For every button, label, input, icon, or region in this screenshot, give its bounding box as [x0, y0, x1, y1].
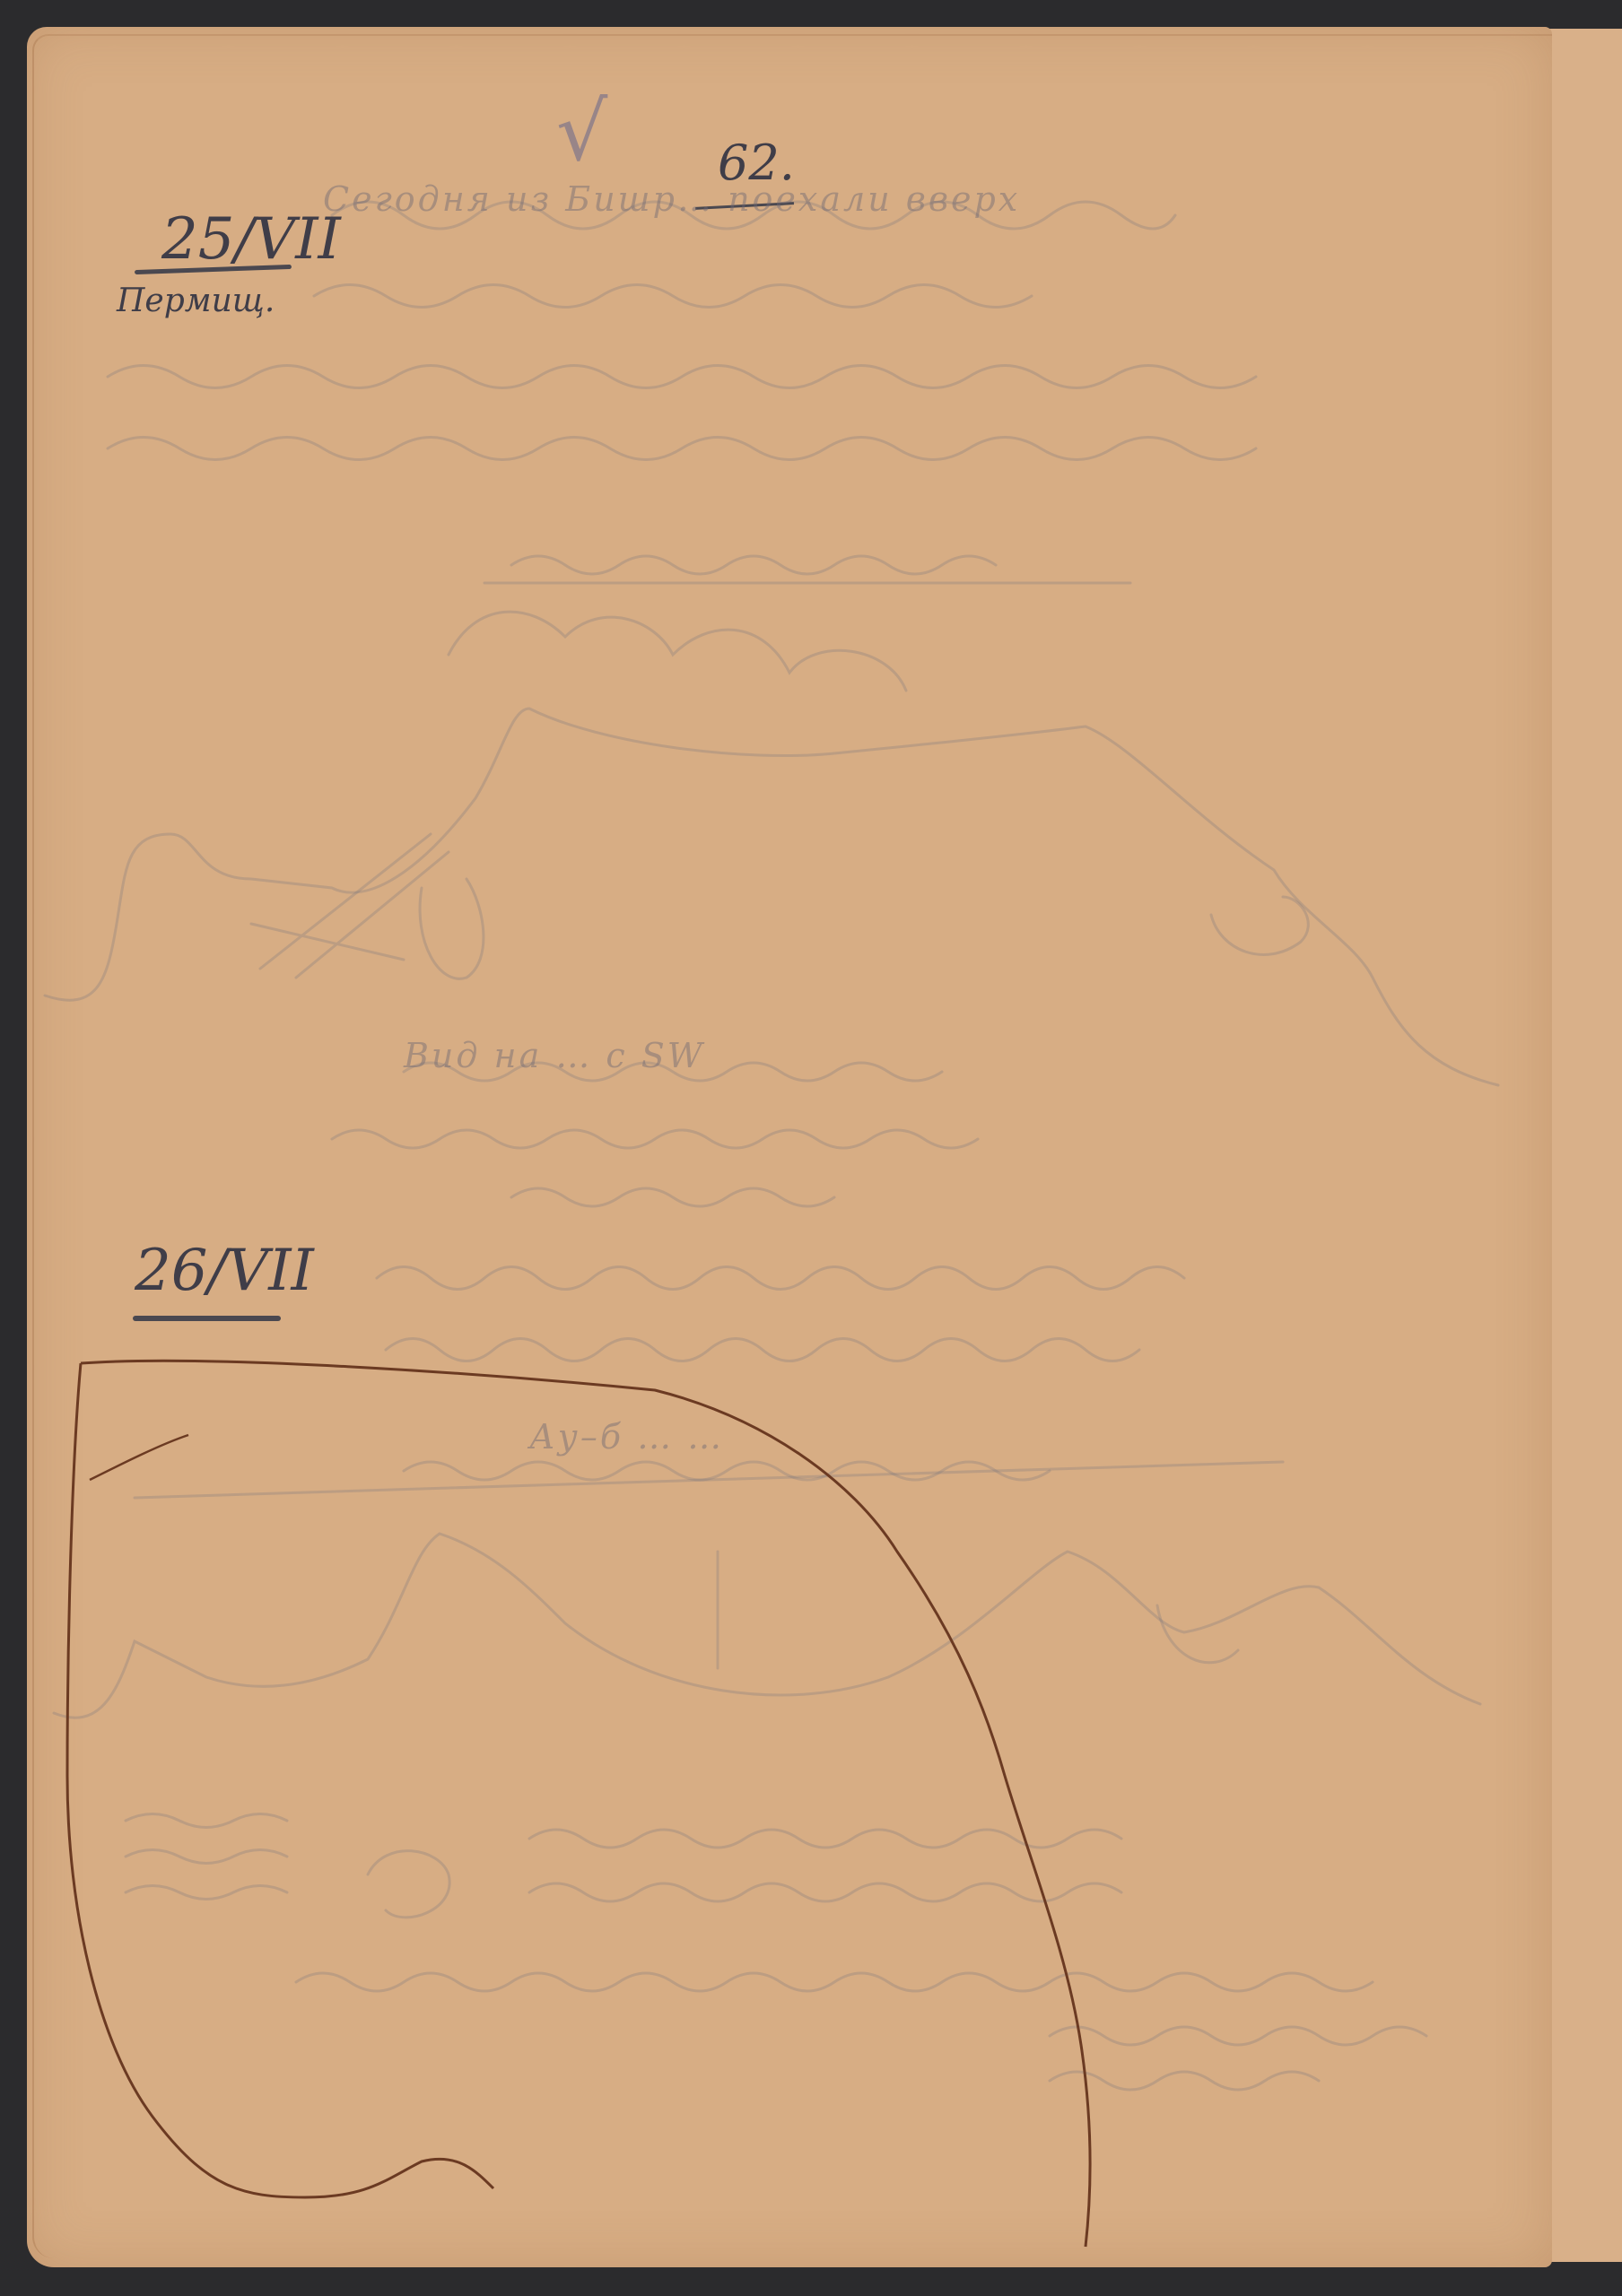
sketch-2-title: Ау–б … …	[529, 1417, 724, 1457]
entry-date-1: 25/VII	[161, 206, 341, 273]
brown-ink-outline	[67, 1361, 1090, 2247]
scan-background	[0, 0, 1622, 27]
entry-date-2: 26/VII	[135, 1238, 314, 1304]
sketch-1-caption-1: Вид на … с SW	[404, 1036, 705, 1075]
entry-place-1: Пермищ.	[117, 283, 275, 319]
adjacent-page-edge	[1545, 29, 1622, 2262]
entry-date-2-underline	[133, 1316, 281, 1321]
check-mark: √	[556, 85, 607, 179]
entry-1-line-1: Сегодня из Бишр… поехали вверх	[323, 179, 1020, 219]
pencil-sketches	[27, 27, 1552, 2267]
notebook-page: √ 62. 25/VII Пермищ. Сегодня из Бишр… по…	[27, 27, 1552, 2267]
